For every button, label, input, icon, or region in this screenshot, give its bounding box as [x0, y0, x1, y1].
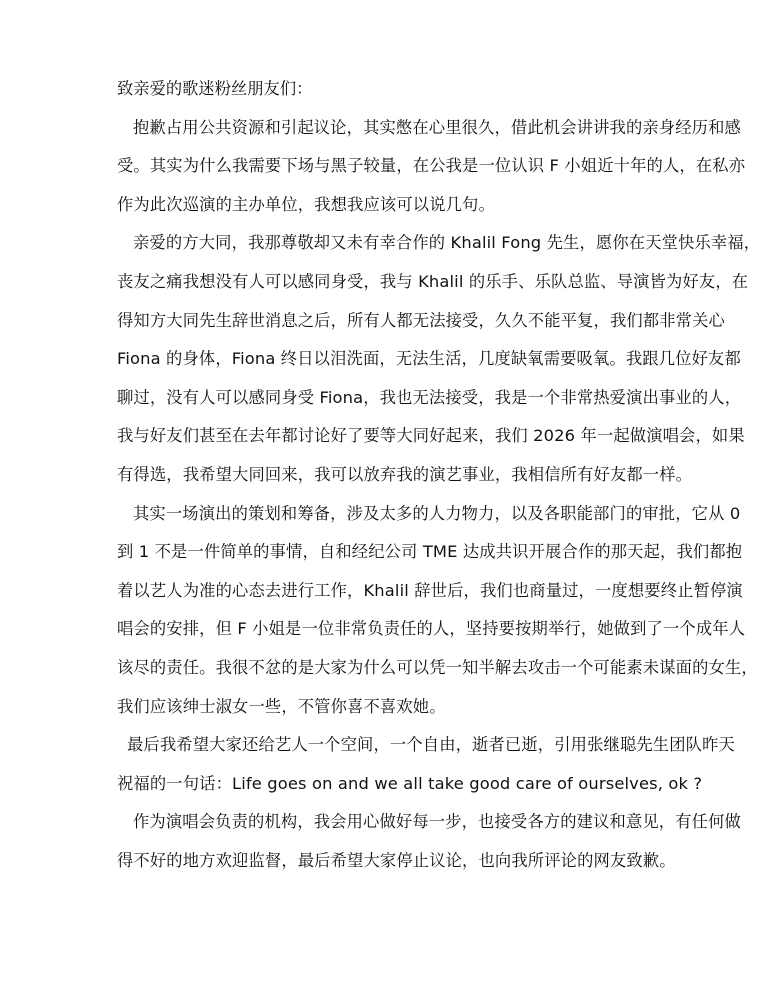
text-line: 作为此次巡演的主办单位，我想我应该可以说几句。 [117, 190, 677, 229]
text-line: 受。其实为什么我需要下场与黑子较量，在公我是一位认识 F 小姐近十年的人，在私亦 [117, 151, 677, 190]
text-line: 最后我希望大家还给艺人一个空间，一个自由，逝者已逝，引用张继聪先生团队昨天 [117, 730, 677, 769]
paragraph-tribute: 亲爱的方大同，我那尊敬却又未有幸合作的 Khalil Fong 先生，愿你在天堂… [117, 228, 677, 498]
text-line: 其实一场演出的策划和筹备，涉及太多的人力物力，以及各职能部门的审批，它从 0 [117, 499, 677, 538]
letter-document: 致亲爱的歌迷粉丝朋友们： 抱歉占用公共资源和引起议论，其实憋在心里很久，借此机会… [117, 74, 677, 884]
paragraph-final-apology: 作为演唱会负责的机构，我会用心做好每一步，也接受各方的建议和意见，有任何做 得不… [117, 807, 677, 884]
text-line: 丧友之痛我想没有人可以感同身受，我与 Khalil 的乐手、乐队总监、导演皆为好… [117, 267, 677, 306]
text-line: 我们应该绅士淑女一些，不管你喜不喜欢她。 [117, 692, 677, 731]
text-line: 聊过，没有人可以感同身受 Fiona，我也无法接受，我是一个非常热爱演出事业的人… [117, 383, 677, 422]
text-line: 唱会的安排，但 F 小姐是一位非常负责任的人，坚持要按期举行，她做到了一个成年人 [117, 614, 677, 653]
text-line: 亲爱的方大同，我那尊敬却又未有幸合作的 Khalil Fong 先生，愿你在天堂… [117, 228, 677, 267]
text-line: 着以艺人为准的心态去进行工作，Khalil 辞世后，我们也商量过，一度想要终止暂… [117, 576, 677, 615]
text-line: Fiona 的身体，Fiona 终日以泪洗面，无法生活，几度缺氧需要吸氧。我跟几… [117, 344, 677, 383]
text-line: 该尽的责任。我很不忿的是大家为什么可以凭一知半解去攻击一个可能素未谋面的女生， [117, 653, 677, 692]
paragraph-apology: 抱歉占用公共资源和引起议论，其实憋在心里很久，借此机会讲讲我的亲身经历和感 受。… [117, 113, 677, 229]
paragraph-concert-planning: 其实一场演出的策划和筹备，涉及太多的人力物力，以及各职能部门的审批，它从 0 到… [117, 499, 677, 731]
text-line: 到 1 不是一件简单的事情，自和经纪公司 TME 达成共识开展合作的那天起，我们… [117, 537, 677, 576]
text-line: 有得选，我希望大同回来，我可以放弃我的演艺事业，我相信所有好友都一样。 [117, 460, 677, 499]
paragraph-closing-wish: 最后我希望大家还给艺人一个空间，一个自由，逝者已逝，引用张继聪先生团队昨天 祝福… [117, 730, 677, 807]
text-line: 作为演唱会负责的机构，我会用心做好每一步，也接受各方的建议和意见，有任何做 [117, 807, 677, 846]
text-line: 我与好友们甚至在去年都讨论好了要等大同好起来，我们 2026 年一起做演唱会，如… [117, 421, 677, 460]
text-line: 祝福的一句话：Life goes on and we all take good… [117, 769, 677, 808]
text-line: 得不好的地方欢迎监督，最后希望大家停止议论，也向我所评论的网友致歉。 [117, 846, 677, 885]
text-line: 得知方大同先生辞世消息之后，所有人都无法接受，久久不能平复，我们都非常关心 [117, 306, 677, 345]
text-line: 抱歉占用公共资源和引起议论，其实憋在心里很久，借此机会讲讲我的亲身经历和感 [117, 113, 677, 152]
salutation: 致亲爱的歌迷粉丝朋友们： [117, 74, 677, 113]
